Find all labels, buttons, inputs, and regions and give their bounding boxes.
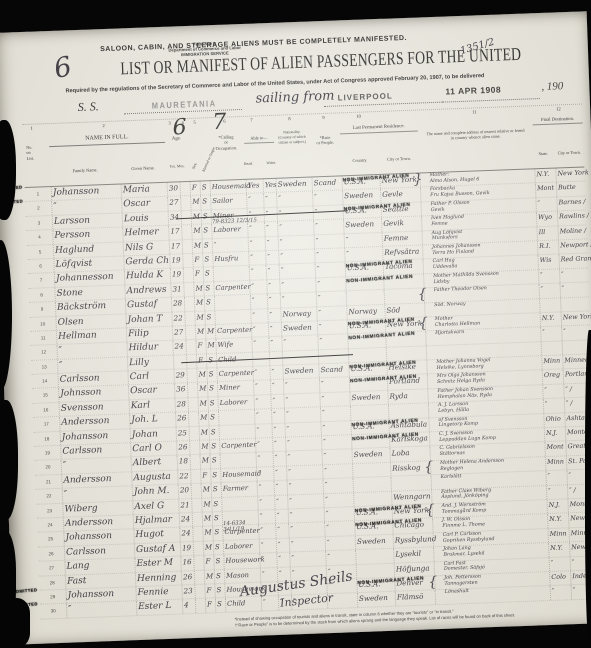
cell-sex: M bbox=[197, 383, 207, 397]
ss-prefix: S. S. bbox=[77, 99, 99, 115]
manifest-table: 1 2 3 4 5 6 7 8 9 10 11 12 No. on List. … bbox=[22, 104, 591, 620]
cell-marital-status: S bbox=[212, 526, 222, 540]
cell-age-years: 26 bbox=[176, 441, 189, 455]
cell-destination-city: Moline / bbox=[557, 225, 586, 239]
cell-destination-state: ″ bbox=[535, 197, 556, 211]
cell-given-name: Gerda Ch bbox=[123, 255, 169, 270]
cell-destination-state: N.Y. bbox=[548, 542, 569, 556]
cell-age-months bbox=[187, 398, 197, 412]
cell-race: ″ bbox=[319, 392, 349, 406]
cell-read: ″ bbox=[251, 337, 268, 351]
manifest-paper: 6 Form 500 B Department of Commerce and … bbox=[0, 11, 591, 640]
cell-destination-state: Mont bbox=[544, 442, 565, 456]
cell-destination-state: N.J. bbox=[544, 427, 565, 441]
cell-read: ″ bbox=[258, 524, 275, 538]
cell-family-name: Carlsson bbox=[58, 371, 128, 387]
cell-age-years: 25 bbox=[176, 427, 189, 441]
cell-destination-state: N.J. bbox=[546, 499, 567, 513]
cell-write: ″ bbox=[273, 466, 286, 480]
row-number: 5 bbox=[27, 245, 53, 259]
cell-write: ″ bbox=[272, 438, 285, 452]
cell-age-years: 36 bbox=[174, 384, 187, 398]
cell-read: Yes bbox=[246, 179, 263, 193]
cell-residence-country: ″ bbox=[344, 247, 382, 262]
col-number-7: 7 bbox=[250, 118, 252, 123]
cell-age-years: 27 bbox=[172, 326, 185, 340]
cell-marital-status: S bbox=[200, 196, 210, 210]
cell-write: ″ bbox=[270, 380, 283, 394]
cell-family-name: Andersson bbox=[61, 472, 131, 488]
cell-occupation bbox=[218, 410, 254, 425]
cell-race: ″ bbox=[320, 421, 350, 435]
cell-given-name: Albert bbox=[131, 456, 177, 471]
cell-given-name: Hulda K bbox=[124, 269, 170, 284]
cell-residence-city: Ryda bbox=[387, 389, 427, 404]
cell-write: ″ bbox=[265, 236, 278, 250]
cell-family-name: Andersson bbox=[59, 415, 129, 431]
cell-age-months bbox=[189, 426, 199, 440]
cell-given-name: John M. bbox=[132, 485, 178, 500]
row-number: 11 bbox=[30, 331, 56, 345]
cell-destination-state: R.I. bbox=[537, 240, 558, 254]
cell-age-months bbox=[193, 556, 203, 570]
cell-nationality: ″ bbox=[287, 479, 323, 494]
cell-read: ″ bbox=[255, 424, 272, 438]
header-given-name: Given Name. bbox=[120, 165, 166, 172]
cell-age-months bbox=[184, 311, 194, 325]
cell-destination-city: New York bbox=[555, 167, 584, 181]
cell-family-name: Lang bbox=[64, 558, 134, 574]
cell-nationality: ″ bbox=[280, 293, 316, 308]
header-nationality: Nationality. (Country of which citizen o… bbox=[274, 130, 311, 146]
cell-given-name: Augusta bbox=[131, 470, 177, 485]
handwritten-brace: { bbox=[424, 459, 434, 475]
cell-race: Scand bbox=[318, 363, 348, 377]
cell-destination-city: ″ bbox=[561, 326, 590, 340]
col-number-2: 2 bbox=[102, 123, 104, 128]
cell-residence-city: Flämsö bbox=[395, 591, 435, 606]
cell-residence-country: Sweden bbox=[355, 535, 393, 550]
handwritten-brace: { bbox=[418, 286, 428, 302]
cell-given-name: Hildur bbox=[126, 341, 172, 356]
cell-nationality: ″ bbox=[286, 451, 322, 466]
cell-occupation: Laborer bbox=[217, 396, 253, 411]
row-number: 25 bbox=[37, 532, 63, 546]
cell-destination-state: N.Y. bbox=[547, 514, 568, 528]
cell-given-name: Henning bbox=[135, 571, 181, 586]
cell-read: ″ bbox=[253, 381, 270, 395]
cell-race: ″ bbox=[321, 435, 351, 449]
cell-given-name: Johan T bbox=[125, 312, 171, 327]
cell-marital-status: S bbox=[206, 368, 216, 382]
cell-destination-state: N.Y. bbox=[534, 169, 555, 183]
cell-marital-status: S bbox=[209, 426, 219, 440]
cell-age-months bbox=[195, 599, 205, 613]
cell-family-name: Johansson bbox=[60, 429, 130, 445]
cell-occupation bbox=[214, 295, 250, 310]
date-underline bbox=[442, 97, 540, 103]
cell-occupation bbox=[214, 309, 250, 324]
cell-marital-status: S bbox=[203, 282, 213, 296]
cell-sex: M bbox=[195, 325, 205, 339]
cell-race: ″ bbox=[316, 306, 346, 320]
cell-sex: F bbox=[193, 268, 203, 282]
cell-marital-status: S bbox=[207, 383, 217, 397]
cell-age-years: 28 bbox=[171, 297, 184, 311]
cell-nationality: Norway bbox=[280, 307, 316, 322]
cell-nationality: Sweden bbox=[281, 321, 317, 336]
cell-nationality: ″ bbox=[278, 235, 314, 250]
cell-destination-state: Wyo bbox=[536, 212, 557, 226]
cell-residence-city: Gevle bbox=[380, 188, 420, 203]
cell-age-months bbox=[193, 541, 203, 555]
row-number: 9 bbox=[29, 302, 55, 316]
cell-residence-country: Sweden bbox=[349, 391, 387, 406]
cell-marital-status: M bbox=[205, 325, 215, 339]
cell-sex: M bbox=[199, 440, 209, 454]
handwritten-six: 6 bbox=[172, 115, 187, 140]
cell-age-years: 21 bbox=[178, 499, 191, 513]
cell-nationality: ″ bbox=[283, 379, 319, 394]
row-number: 21 bbox=[35, 475, 61, 489]
cell-given-name: Hugot bbox=[133, 528, 179, 543]
cell-marital-status: S bbox=[204, 311, 214, 325]
row-number: 30 bbox=[40, 604, 66, 618]
cell-marital-status: S bbox=[202, 239, 212, 253]
cell-nationality: ″ bbox=[283, 393, 319, 408]
cell-destination-state bbox=[539, 298, 560, 312]
cell-destination-city: Red Granite bbox=[558, 254, 587, 268]
cell-residence-country: Norway bbox=[346, 304, 384, 319]
cell-nearest-relative: Lönashult bbox=[435, 586, 550, 604]
cell-nationality: ″ bbox=[285, 436, 321, 451]
cell-destination-state: Minn bbox=[545, 456, 566, 470]
cell-marital-status: S bbox=[213, 541, 223, 555]
cell-marital-status: S bbox=[200, 181, 210, 195]
header-race-or-people: *Race or People. bbox=[310, 134, 340, 145]
cell-destination-state: ″ bbox=[542, 384, 563, 398]
cell-read: ″ bbox=[246, 194, 263, 208]
cell-age-years: 31 bbox=[170, 283, 183, 297]
cell-age-months bbox=[194, 585, 204, 599]
cell-given-name: Oscar bbox=[121, 197, 167, 212]
header-city-town: City or Town. bbox=[379, 156, 419, 162]
row-number: 15 bbox=[32, 388, 58, 402]
cell-nationality: ″ bbox=[276, 192, 312, 207]
cell-destination-city: Butte bbox=[556, 182, 585, 196]
cell-family-name: Löfqvist bbox=[53, 256, 123, 272]
row-number: 13 bbox=[31, 360, 57, 374]
cell-race: ″ bbox=[312, 191, 342, 205]
cell-age-months bbox=[184, 297, 194, 311]
cell-sex: F bbox=[203, 555, 213, 569]
cell-family-name: Carlsson bbox=[60, 443, 130, 459]
cell-family-name: Olsen bbox=[55, 314, 125, 330]
cell-read: ″ bbox=[251, 323, 268, 337]
cell-destination-city: Barnes / bbox=[556, 196, 585, 210]
cell-given-name: Maria bbox=[121, 183, 167, 198]
cell-marital-status: S bbox=[210, 454, 220, 468]
cell-age-years: 22 bbox=[171, 312, 184, 326]
cell-nationality: ″ bbox=[278, 249, 314, 264]
cell-sex: M bbox=[194, 311, 204, 325]
cell-nationality: ″ bbox=[284, 408, 320, 423]
cell-family-name: Johansson bbox=[65, 587, 135, 603]
row-number: 19 bbox=[34, 446, 60, 460]
handwritten-brace: { bbox=[419, 315, 429, 331]
row-number: 24 bbox=[37, 518, 63, 532]
cell-age-years: 16 bbox=[180, 556, 193, 570]
admitted-stamp: ADMITTED bbox=[12, 587, 37, 594]
cell-nationality: ″ bbox=[277, 221, 313, 236]
cell-family-name: ″ bbox=[57, 357, 127, 373]
cell-write: ″ bbox=[273, 452, 286, 466]
header-read-write: Read. Write. bbox=[244, 161, 276, 166]
cell-sex: F bbox=[200, 469, 210, 483]
cell-age-years: 17 bbox=[168, 225, 181, 239]
cell-age-months bbox=[182, 239, 192, 253]
cell-nationality: Sweden bbox=[282, 364, 318, 379]
cell-race: ″ bbox=[322, 450, 352, 464]
cell-destination-state: Ohio bbox=[543, 413, 564, 427]
cell-residence-country: ″ bbox=[344, 233, 382, 248]
header-no-on-list: No. on List. bbox=[26, 144, 49, 161]
cell-read: ″ bbox=[253, 395, 270, 409]
cell-age-months bbox=[186, 369, 196, 383]
cell-residence-city bbox=[391, 476, 431, 491]
cell-marital-status: S bbox=[215, 598, 225, 612]
cell-age-years: 27 bbox=[167, 197, 180, 211]
cell-occupation: Carpenter bbox=[216, 367, 252, 382]
cell-race: ″ bbox=[315, 277, 345, 291]
row-number: 8 bbox=[28, 288, 54, 302]
cell-given-name: Fennie bbox=[135, 585, 181, 600]
cell-destination-state bbox=[541, 341, 562, 355]
cell-residence-city: Lysekil bbox=[393, 547, 433, 562]
row-number: 7 bbox=[28, 273, 54, 287]
cell-occupation: Carpenter bbox=[215, 324, 251, 339]
cell-nationality: ″ bbox=[279, 264, 315, 279]
cell-write: ″ bbox=[271, 409, 284, 423]
cell-age-years: 17 bbox=[169, 240, 182, 254]
page-number-mark: 6 bbox=[51, 51, 74, 85]
cell-destination-state: Ill bbox=[536, 226, 557, 240]
cell-read: ″ bbox=[250, 294, 267, 308]
cell-read: ″ bbox=[254, 409, 271, 423]
header-occupation: *Calling or Occupation. bbox=[208, 134, 245, 152]
cell-sex: M bbox=[201, 498, 211, 512]
row-number: 22 bbox=[36, 489, 62, 503]
cell-given-name: Andrews bbox=[124, 283, 170, 298]
cell-read: ″ bbox=[255, 438, 272, 452]
cell-residence-country bbox=[346, 290, 384, 305]
handwritten-brace: } bbox=[413, 171, 423, 187]
cell-write: ″ bbox=[269, 366, 282, 380]
row-number: 3 bbox=[26, 216, 52, 230]
header-able-to: Able to— bbox=[244, 135, 274, 144]
cell-nationality: ″ bbox=[287, 494, 323, 509]
cell-sex: F bbox=[204, 584, 214, 598]
cell-race: ″ bbox=[314, 234, 344, 248]
cell-given-name: Gustaf bbox=[125, 298, 171, 313]
cell-destination-city: ″ bbox=[559, 268, 588, 282]
cell-sex: F bbox=[190, 182, 200, 196]
cell-family-name: Svensson bbox=[59, 400, 129, 416]
cell-write: ″ bbox=[264, 222, 277, 236]
cell-sex: M bbox=[193, 282, 203, 296]
cell-destination-state: ″ bbox=[540, 327, 561, 341]
cell-marital-status: S bbox=[212, 512, 222, 526]
row-number: 10 bbox=[29, 316, 55, 330]
port-stamp: LIVERPOOL bbox=[337, 91, 393, 102]
cell-age-months bbox=[188, 412, 198, 426]
cell-family-name: Haglund bbox=[53, 242, 123, 258]
cell-destination-state: ″ bbox=[539, 284, 560, 298]
cell-given-name: Gustaf A bbox=[134, 542, 180, 557]
cell-occupation: ″ bbox=[212, 237, 248, 252]
header-last-permanent-residence: Last Permanent Residence. bbox=[340, 124, 418, 135]
cell-write: ″ bbox=[268, 323, 281, 337]
cell-occupation: Housemaid bbox=[220, 468, 256, 483]
cell-age-years: 26 bbox=[175, 412, 188, 426]
cell-race: ″ bbox=[324, 507, 354, 521]
cell-family-name: ″ bbox=[62, 486, 132, 502]
cell-residence-city bbox=[386, 346, 426, 361]
cell-age-years: 24 bbox=[179, 527, 192, 541]
cell-residence-country: Sweden bbox=[342, 189, 380, 204]
cell-residence-country bbox=[350, 405, 388, 420]
cell-sex: M bbox=[199, 426, 209, 440]
cell-age-years: 18 bbox=[177, 456, 190, 470]
cell-occupation bbox=[221, 496, 257, 511]
cell-residence-country bbox=[353, 491, 391, 506]
cell-age-months bbox=[185, 326, 195, 340]
cell-read: ″ bbox=[248, 251, 265, 265]
cell-given-name: Ester M bbox=[134, 557, 180, 572]
cell-destination-city: Rawlins / bbox=[557, 211, 586, 225]
cell-residence-country: Sweden bbox=[351, 448, 389, 463]
cell-occupation: Husfru bbox=[212, 252, 248, 267]
cell-destination-city bbox=[560, 297, 589, 311]
cell-write: ″ bbox=[263, 193, 276, 207]
cell-read: ″ bbox=[257, 481, 274, 495]
cell-family-name: Johnsson bbox=[58, 386, 128, 402]
cell-age-months bbox=[182, 254, 192, 268]
cell-occupation: Laborer bbox=[223, 539, 259, 554]
cell-family-name: Wiberg bbox=[62, 501, 132, 517]
cell-sex: M bbox=[201, 484, 211, 498]
cell-marital-status: S bbox=[214, 584, 224, 598]
row-number: 1 bbox=[25, 187, 51, 201]
cell-destination-city: ″ bbox=[560, 283, 589, 297]
row-number: 6 bbox=[27, 259, 53, 273]
cell-nationality: ″ bbox=[289, 551, 325, 566]
row-number: 4 bbox=[26, 230, 52, 244]
cell-destination-state: ″ bbox=[549, 557, 570, 571]
note-line: 3/11/19 bbox=[223, 527, 246, 533]
cell-age-years: 24 bbox=[172, 341, 185, 355]
cell-residence-country bbox=[348, 348, 386, 363]
cell-age-years: 30 bbox=[167, 182, 180, 196]
cell-destination-state: ″ bbox=[545, 471, 566, 485]
cell-family-name: Fast bbox=[65, 573, 135, 589]
cell-sex: M bbox=[194, 297, 204, 311]
scan-edge-blob bbox=[0, 598, 30, 640]
handwritten-brace: { bbox=[425, 502, 435, 518]
row-number: 2 bbox=[25, 201, 51, 215]
cell-residence-country bbox=[352, 463, 390, 478]
cell-sex: F bbox=[195, 340, 205, 354]
cell-sex: M bbox=[204, 570, 214, 584]
cell-sex: M bbox=[196, 369, 206, 383]
cell-race: ″ bbox=[320, 406, 350, 420]
cell-write: ″ bbox=[274, 495, 287, 509]
header-family-name: Family Name. bbox=[54, 167, 116, 174]
cell-age-months bbox=[181, 225, 191, 239]
cell-given-name: Lilly bbox=[127, 355, 173, 370]
cell-write: ″ bbox=[276, 538, 289, 552]
cell-marital-status: S bbox=[211, 498, 221, 512]
cell-sex: M bbox=[197, 397, 207, 411]
cell-race: ″ bbox=[315, 263, 345, 277]
cell-age-years: 23 bbox=[181, 585, 194, 599]
cell-occupation: Carpenter bbox=[213, 281, 249, 296]
cell-marital-status: S bbox=[207, 397, 217, 411]
handwritten-seven: 7 bbox=[212, 110, 227, 135]
cell-race: ″ bbox=[323, 493, 353, 507]
cell-marital-status: S bbox=[203, 268, 213, 282]
cell-write: ″ bbox=[265, 251, 278, 265]
cell-read: ″ bbox=[256, 453, 273, 467]
cell-family-name: Stone bbox=[54, 285, 124, 301]
cell-destination-state: Minn bbox=[541, 355, 562, 369]
passenger-rows: 1JohanssonMaria30FSHousemaidYesYesSweden… bbox=[25, 167, 591, 619]
cell-nationality: Sweden bbox=[276, 177, 312, 192]
cell-destination-state: N.Y. bbox=[540, 312, 561, 326]
cell-write: ″ bbox=[266, 279, 279, 293]
cell-given-name: Carl bbox=[127, 370, 173, 385]
cell-occupation: Housework bbox=[223, 554, 259, 569]
cell-occupation bbox=[213, 266, 249, 281]
header-yrs-mos: Yrs. Mos. bbox=[164, 164, 190, 169]
year-prefix: , 190 bbox=[541, 80, 563, 93]
header-sex: Sex. bbox=[191, 161, 198, 169]
col-number-12: 12 bbox=[556, 106, 561, 111]
cell-destination-city: New York bbox=[561, 311, 590, 325]
cell-given-name: Axel G bbox=[132, 499, 178, 514]
cell-occupation: Housemaid bbox=[210, 180, 246, 195]
cell-residence-country: Sweden bbox=[357, 592, 395, 607]
cell-marital-status: S bbox=[211, 483, 221, 497]
cell-marital-status: S bbox=[213, 555, 223, 569]
cell-nationality: ″ bbox=[289, 537, 325, 552]
cell-family-name: Johansson bbox=[51, 184, 121, 200]
cell-race: ″ bbox=[317, 335, 347, 349]
cell-residence-country: Sweden bbox=[343, 218, 381, 233]
cell-destination-state: Mont bbox=[535, 183, 556, 197]
cell-given-name: Ester L bbox=[136, 600, 182, 615]
cell-age-months bbox=[190, 455, 200, 469]
cell-family-name: ″ bbox=[51, 199, 121, 215]
cell-write: Yes bbox=[263, 179, 276, 193]
cell-race: ″ bbox=[319, 378, 349, 392]
cell-read: ″ bbox=[256, 467, 273, 481]
cell-race: ″ bbox=[317, 320, 347, 334]
cell-age-months bbox=[185, 340, 195, 354]
row-number: 20 bbox=[35, 460, 61, 474]
cell-write: ″ bbox=[268, 337, 281, 351]
cell-nationality: ″ bbox=[281, 336, 317, 351]
